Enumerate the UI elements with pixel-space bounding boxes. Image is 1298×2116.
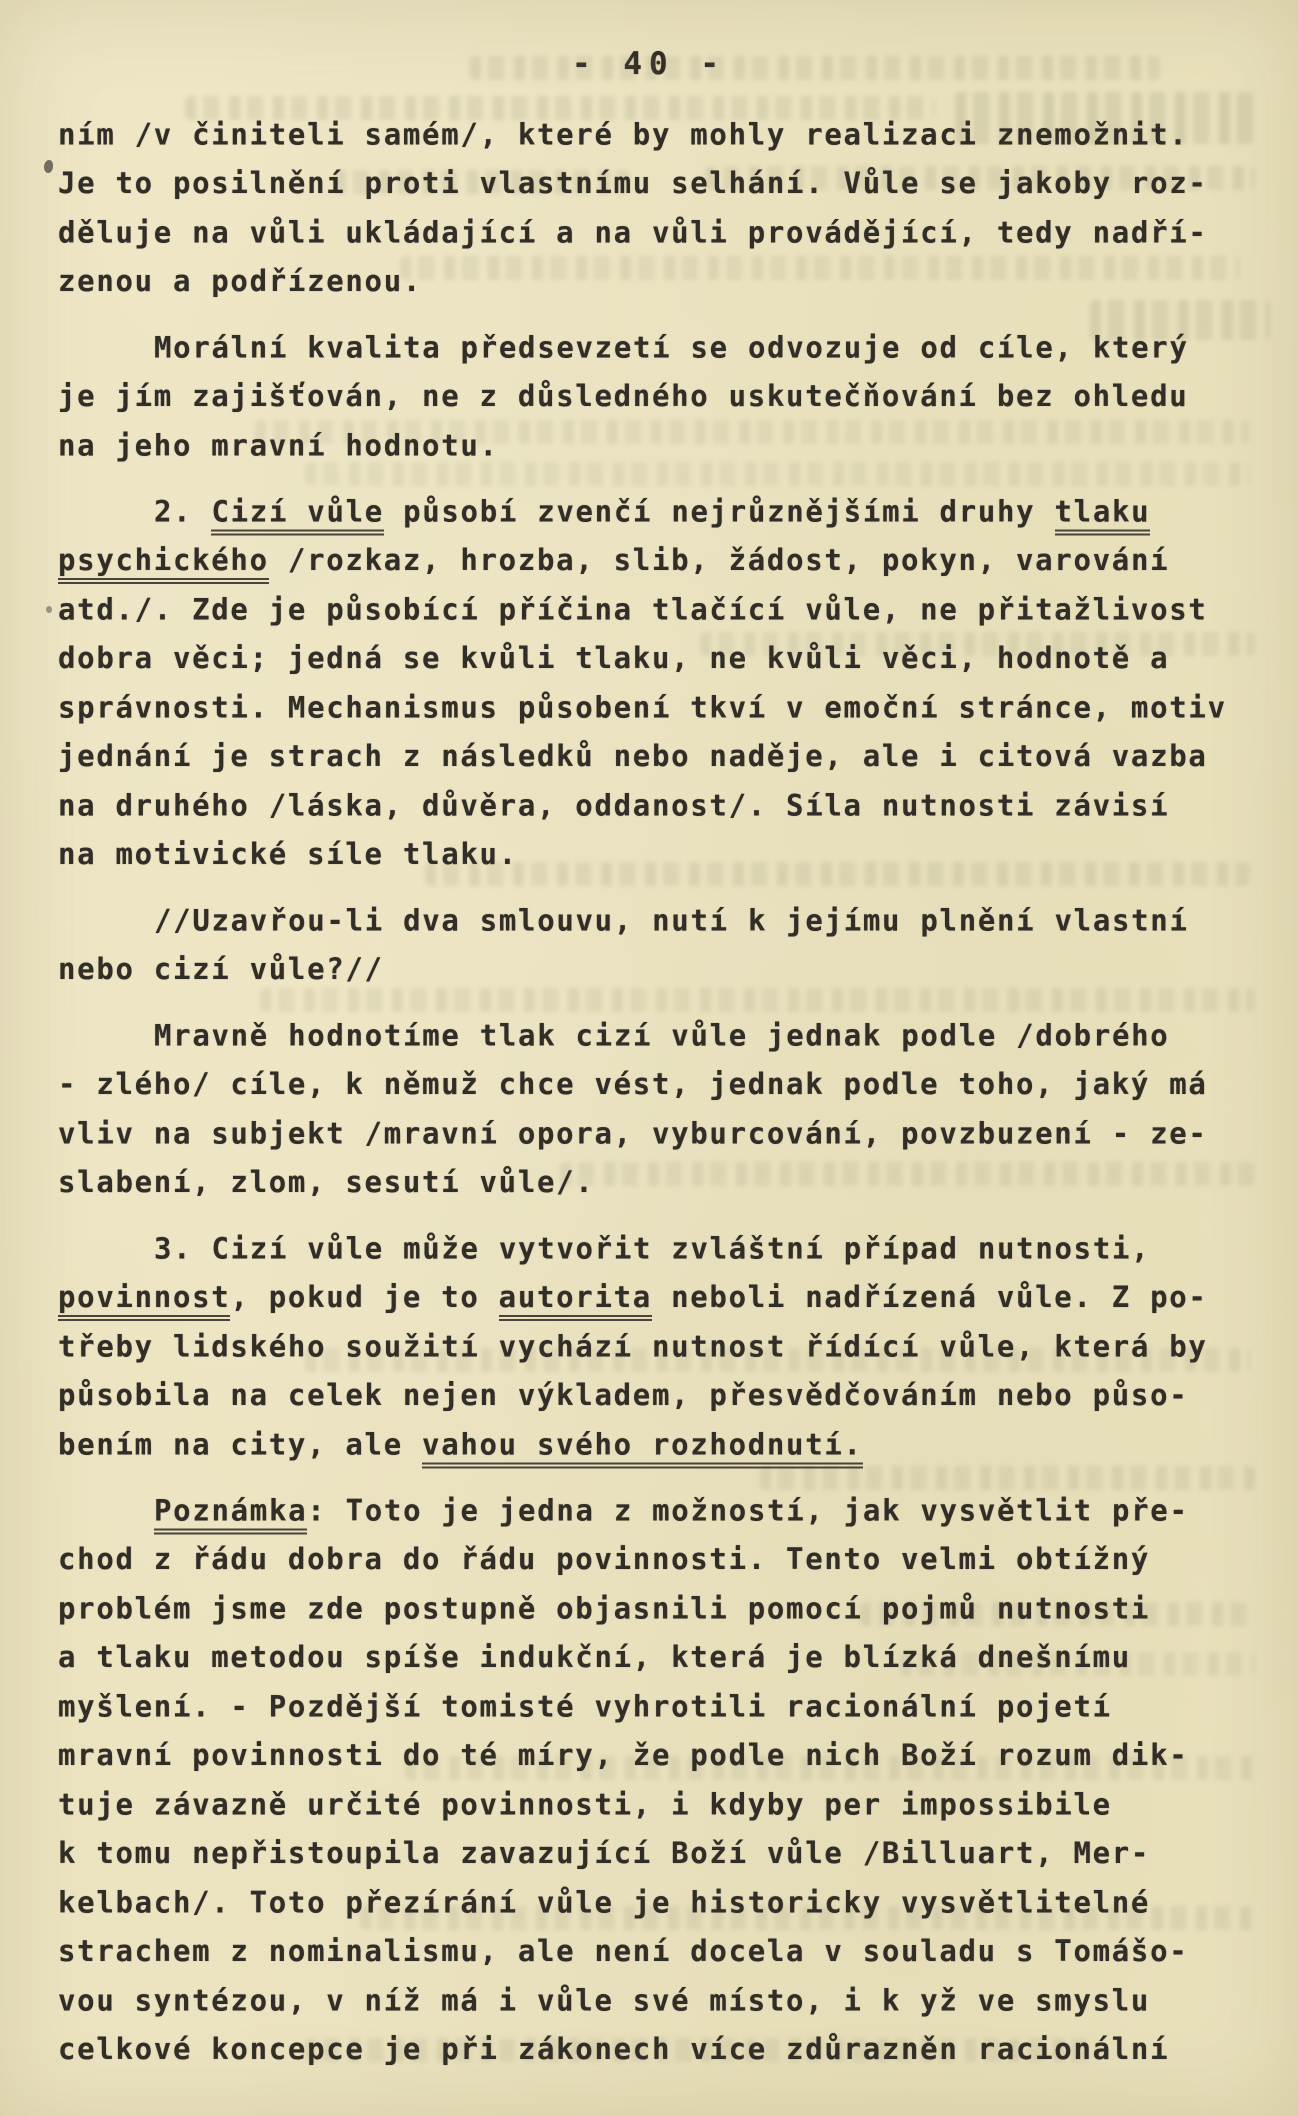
text-segment: problém jsme zde postupně objasnili pomo… bbox=[58, 1592, 1150, 1626]
text-line: je jím zajišťován, ne z důsledného uskut… bbox=[58, 372, 1240, 421]
underlined-text: autorita bbox=[499, 1280, 652, 1321]
text-segment: kelbach/. Toto přezírání vůle je histori… bbox=[58, 1886, 1150, 1920]
text-line: kelbach/. Toto přezírání vůle je histori… bbox=[58, 1879, 1240, 1928]
text-line: na jeho mravní hodnotu. bbox=[58, 422, 1240, 471]
text-line: Je to posilnění proti vlastnímu selhání.… bbox=[58, 159, 1240, 208]
text-segment: : Toto je jedna z možností, jak vysvětli… bbox=[307, 1494, 1188, 1528]
text-segment: k tomu nepřistoupila zavazující Boží vůl… bbox=[58, 1836, 1150, 1870]
paragraph: 2. Cizí vůle působí zvenčí nejrůznějšími… bbox=[58, 487, 1240, 879]
bleed-through-smudge bbox=[470, 56, 1160, 80]
text-line: dobra věci; jedná se kvůli tlaku, ne kvů… bbox=[58, 634, 1240, 683]
text-line: strachem z nominalismu, ale není docela … bbox=[58, 1927, 1240, 1976]
text-line: na motivické síle tlaku. bbox=[58, 830, 1240, 879]
text-segment: Morální kvalita předsevzetí se odvozuje … bbox=[154, 331, 1189, 365]
text-segment: slabení, zlom, sesutí vůle/. bbox=[58, 1165, 594, 1199]
text-segment: //Uzavřou-li dva smlouvu, nutí k jejímu … bbox=[154, 904, 1189, 938]
underlined-text: Cizí vůle bbox=[211, 495, 383, 536]
text-segment: strachem z nominalismu, ale není docela … bbox=[58, 1934, 1188, 1968]
underlined-text: povinnost bbox=[58, 1280, 230, 1321]
text-line: tuje závazně určité povinnosti, i kdyby … bbox=[58, 1781, 1240, 1830]
text-segment: - zlého/ cíle, k němuž chce vést, jednak… bbox=[58, 1067, 1208, 1101]
text-line: působila na celek nejen výkladem, přesvě… bbox=[58, 1371, 1240, 1420]
text-line: vliv na subjekt /mravní opora, vyburcová… bbox=[58, 1110, 1240, 1159]
text-line: chod z řádu dobra do řádu povinnosti. Te… bbox=[58, 1535, 1240, 1584]
text-segment: třeby lidského soužití vychází nutnost ř… bbox=[58, 1330, 1208, 1364]
text-segment: jednání je strach z následků nebo naděje… bbox=[58, 739, 1208, 773]
text-segment: 2. bbox=[154, 495, 211, 529]
text-segment: nebo cizí vůle?// bbox=[58, 952, 384, 986]
text-segment: správnosti. Mechanismus působení tkví v … bbox=[58, 691, 1227, 725]
text-segment: vou syntézou, v níž má i vůle své místo,… bbox=[58, 1984, 1150, 2018]
text-line: Morální kvalita předsevzetí se odvozuje … bbox=[58, 324, 1240, 373]
text-segment: působila na celek nejen výkladem, přesvě… bbox=[58, 1378, 1188, 1412]
text-segment: vliv na subjekt /mravní opora, vyburcová… bbox=[58, 1117, 1208, 1151]
text-line: na druhého /láska, důvěra, oddanost/. Sí… bbox=[58, 782, 1240, 831]
text-segment: /rozkaz, hrozba, slib, žádost, pokyn, va… bbox=[269, 543, 1170, 577]
text-segment: Je to posilnění proti vlastnímu selhání.… bbox=[58, 166, 1208, 200]
text-line: děluje na vůli ukládající a na vůli prov… bbox=[58, 209, 1240, 258]
paragraph: 3. Cizí vůle může vytvořit zvláštní příp… bbox=[58, 1224, 1240, 1469]
text-line: - zlého/ cíle, k němuž chce vést, jednak… bbox=[58, 1060, 1240, 1109]
text-line: mravní povinnosti do té míry, že podle n… bbox=[58, 1731, 1240, 1780]
text-segment: ním /v činiteli samém/, které by mohly r… bbox=[58, 118, 1188, 152]
ink-speck bbox=[46, 606, 52, 613]
text-segment: tuje závazně určité povinnosti, i kdyby … bbox=[58, 1788, 1112, 1822]
text-line: 2. Cizí vůle působí zvenčí nejrůznějšími… bbox=[58, 488, 1240, 537]
text-segment: neboli nadřízená vůle. Z po- bbox=[652, 1280, 1208, 1314]
ink-speck bbox=[44, 160, 53, 173]
paragraph: Mravně hodnotíme tlak cizí vůle jednak p… bbox=[58, 1011, 1240, 1207]
text-line: bením na city, ale vahou svého rozhodnut… bbox=[58, 1421, 1240, 1470]
paragraph: Poznámka: Toto je jedna z možností, jak … bbox=[58, 1486, 1240, 2074]
text-line: k tomu nepřistoupila zavazující Boží vůl… bbox=[58, 1829, 1240, 1878]
text-line: jednání je strach z následků nebo naděje… bbox=[58, 732, 1240, 781]
text-segment: myšlení. - Pozdější tomisté vyhrotili ra… bbox=[58, 1690, 1112, 1724]
text-line: správnosti. Mechanismus působení tkví v … bbox=[58, 684, 1240, 733]
text-segment: na motivické síle tlaku. bbox=[58, 837, 518, 871]
underlined-text: psychického bbox=[58, 543, 269, 584]
text-line: psychického /rozkaz, hrozba, slib, žádos… bbox=[58, 536, 1240, 585]
text-line: atd./. Zde je působící příčina tlačící v… bbox=[58, 586, 1240, 635]
text-line: problém jsme zde postupně objasnili pomo… bbox=[58, 1585, 1240, 1634]
text-line: vou syntézou, v níž má i vůle své místo,… bbox=[58, 1977, 1240, 2026]
paragraph: //Uzavřou-li dva smlouvu, nutí k jejímu … bbox=[58, 896, 1240, 994]
text-segment: je jím zajišťován, ne z důsledného uskut… bbox=[58, 379, 1188, 413]
text-segment: na druhého /láska, důvěra, oddanost/. Sí… bbox=[58, 789, 1169, 823]
document-body: ním /v činiteli samém/, které by mohly r… bbox=[58, 110, 1240, 2074]
text-line: //Uzavřou-li dva smlouvu, nutí k jejímu … bbox=[58, 897, 1240, 946]
underlined-text: vahou svého rozhodnutí. bbox=[422, 1428, 863, 1469]
text-segment: působí zvenčí nejrůznějšími druhy bbox=[384, 495, 1055, 529]
text-segment: dobra věci; jedná se kvůli tlaku, ne kvů… bbox=[58, 641, 1169, 675]
text-line: povinnost, pokud je to autorita neboli n… bbox=[58, 1273, 1240, 1322]
scanned-document-page: - 40 - ním /v činiteli samém/, které by … bbox=[0, 0, 1298, 2116]
underlined-text: Poznámka bbox=[154, 1494, 307, 1535]
text-segment: atd./. Zde je působící příčina tlačící v… bbox=[58, 593, 1208, 627]
text-line: a tlaku metodou spíše indukční, která je… bbox=[58, 1633, 1240, 1682]
text-segment: zenou a podřízenou. bbox=[58, 264, 422, 298]
text-segment: Mravně hodnotíme tlak cizí vůle jednak p… bbox=[154, 1019, 1169, 1053]
text-line: Poznámka: Toto je jedna z možností, jak … bbox=[58, 1487, 1240, 1536]
text-line: slabení, zlom, sesutí vůle/. bbox=[58, 1158, 1240, 1207]
text-segment: 3. Cizí vůle může vytvořit zvláštní příp… bbox=[154, 1232, 1150, 1266]
text-line: třeby lidského soužití vychází nutnost ř… bbox=[58, 1323, 1240, 1372]
text-line: celkové koncepce je při zákonech více zd… bbox=[58, 2025, 1240, 2074]
text-segment: na jeho mravní hodnotu. bbox=[58, 429, 499, 463]
paragraph: Morální kvalita předsevzetí se odvozuje … bbox=[58, 323, 1240, 470]
text-line: Mravně hodnotíme tlak cizí vůle jednak p… bbox=[58, 1012, 1240, 1061]
text-segment: a tlaku metodou spíše indukční, která je… bbox=[58, 1640, 1131, 1674]
text-segment: děluje na vůli ukládající a na vůli prov… bbox=[58, 216, 1208, 250]
text-line: 3. Cizí vůle může vytvořit zvláštní příp… bbox=[58, 1225, 1240, 1274]
underlined-text: tlaku bbox=[1055, 495, 1151, 536]
text-segment: celkové koncepce je při zákonech více zd… bbox=[58, 2032, 1169, 2066]
text-line: ním /v činiteli samém/, které by mohly r… bbox=[58, 111, 1240, 160]
text-line: zenou a podřízenou. bbox=[58, 257, 1240, 306]
text-segment: mravní povinnosti do té míry, že podle n… bbox=[58, 1738, 1188, 1772]
text-segment: chod z řádu dobra do řádu povinnosti. Te… bbox=[58, 1542, 1150, 1576]
text-segment: , pokud je to bbox=[230, 1280, 498, 1314]
text-line: myšlení. - Pozdější tomisté vyhrotili ra… bbox=[58, 1683, 1240, 1732]
text-segment: bením na city, ale bbox=[58, 1428, 422, 1462]
paragraph: ním /v činiteli samém/, které by mohly r… bbox=[58, 110, 1240, 306]
text-line: nebo cizí vůle?// bbox=[58, 945, 1240, 994]
